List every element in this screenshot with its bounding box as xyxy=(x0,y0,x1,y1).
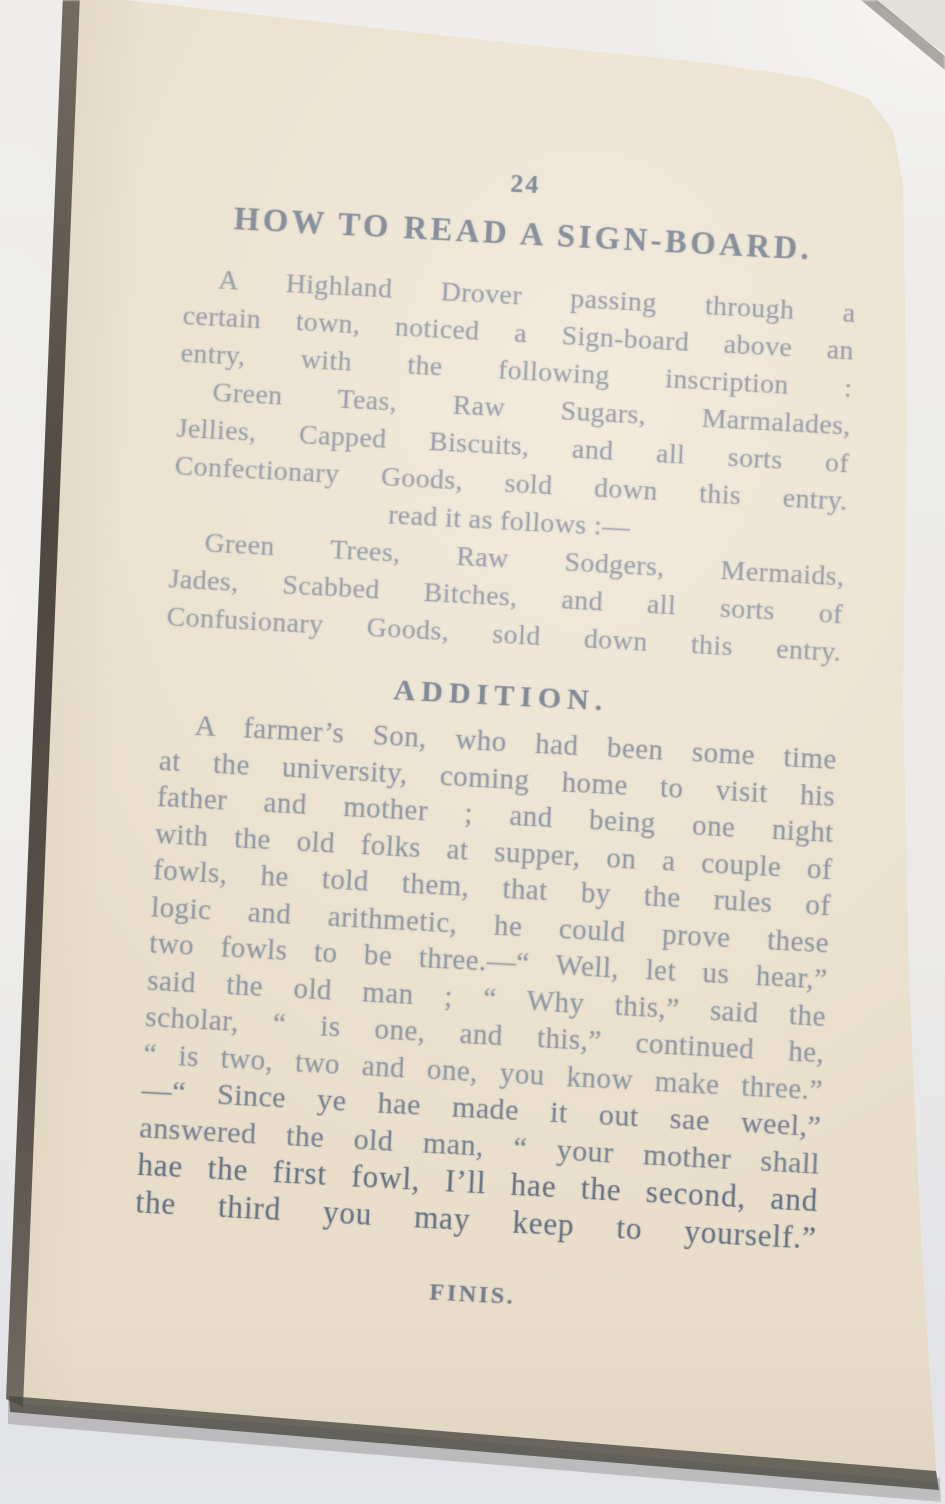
book-page-photo: 24 HOW TO READ A SIGN-BOARD. A Highland … xyxy=(0,0,945,1504)
paragraph-addition: A farmer’s Son, who had been some timeat… xyxy=(135,706,838,1257)
printed-text-block: 24 HOW TO READ A SIGN-BOARD. A Highland … xyxy=(131,152,861,1327)
